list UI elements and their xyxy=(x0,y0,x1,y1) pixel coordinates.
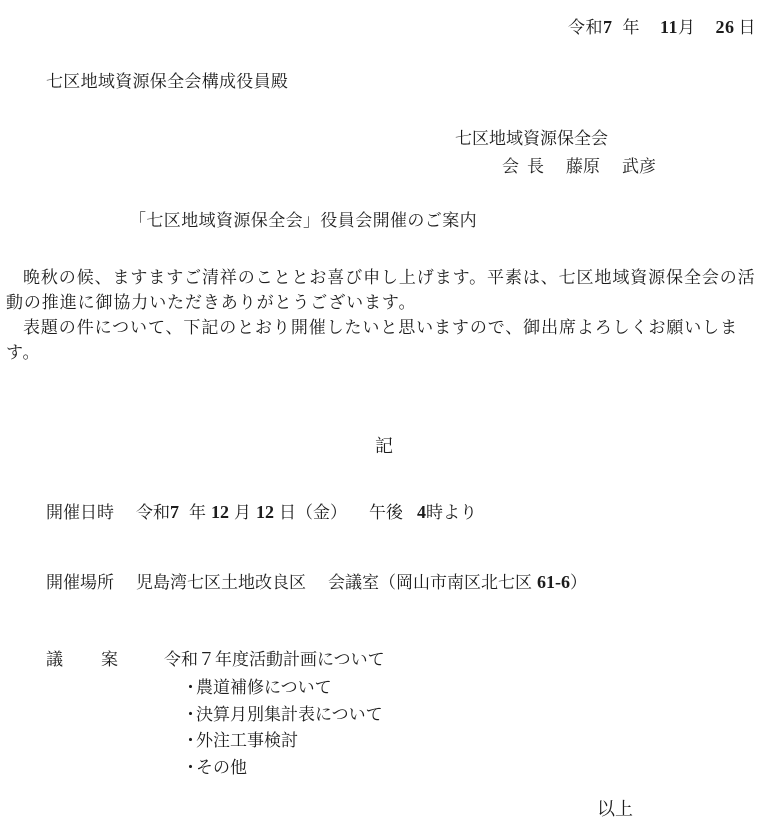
datetime-weekday: （金） xyxy=(296,503,347,523)
detail-agenda: 議案令和７年度活動計画について xyxy=(46,652,385,669)
document-date: 令和7年11月26日 xyxy=(568,18,756,37)
bullet-icon: ・ xyxy=(182,760,196,777)
date-year-unit: 年 xyxy=(622,18,640,38)
agenda-item: ・外注工事検討 xyxy=(182,733,383,760)
datetime-year: 7 xyxy=(170,502,179,522)
bullet-icon: ・ xyxy=(182,680,196,697)
datetime-label: 開催日時 xyxy=(46,505,136,522)
date-era: 令和 xyxy=(568,18,603,38)
datetime-day: 12 xyxy=(256,502,274,522)
datetime-hour-suffix: 時より xyxy=(426,503,477,523)
place-room: 会議室 xyxy=(328,573,379,593)
sender-title-char1: 会 xyxy=(502,157,519,177)
recipient: 七区地域資源保全会構成役員殿 xyxy=(46,74,288,91)
date-year: 7 xyxy=(603,17,613,37)
datetime-day-unit: 日 xyxy=(279,503,296,523)
agenda-label-char1: 議 xyxy=(46,650,63,670)
closing-mark: 以上 xyxy=(597,801,633,819)
subject-title: 「七区地域資源保全会」役員会開催のご案内 xyxy=(129,213,477,230)
place-address-number: 61-6 xyxy=(537,572,570,592)
sender-surname: 藤原 xyxy=(566,157,600,177)
date-month-unit: 月 xyxy=(678,18,696,38)
place-label: 開催場所 xyxy=(46,575,136,592)
datetime-era: 令和 xyxy=(136,503,170,523)
sender-signature: 会長藤原武彦 xyxy=(502,159,656,176)
date-month: 11 xyxy=(660,17,678,37)
agenda-heading: 令和７年度活動計画について xyxy=(164,650,385,670)
place-address-close: ） xyxy=(570,573,587,593)
agenda-item-list: ・農道補修について ・決算月別集計表について ・外注工事検討 ・その他 xyxy=(182,680,383,786)
datetime-year-unit: 年 xyxy=(189,503,206,523)
place-address-open: （岡山市南区北七区 xyxy=(379,573,532,593)
agenda-item: ・決算月別集計表について xyxy=(182,707,383,734)
detail-place: 開催場所児島湾七区土地改良区会議室（岡山市南区北七区61-6） xyxy=(46,573,587,592)
sender-given-name: 武彦 xyxy=(622,157,656,177)
agenda-item: ・農道補修について xyxy=(182,680,383,707)
bullet-icon: ・ xyxy=(182,707,196,724)
place-venue: 児島湾七区土地改良区 xyxy=(136,573,306,593)
date-day: 26 xyxy=(716,17,735,37)
sender-title-char2: 長 xyxy=(527,157,544,177)
ki-heading: 記 xyxy=(375,438,393,456)
agenda-label-char2: 案 xyxy=(101,650,118,670)
body-paragraph-1: 晩秋の候、ますますご清祥のこととお喜び申し上げます。平素は、七区地域資源保全会の… xyxy=(6,266,756,315)
agenda-label: 議案 xyxy=(46,652,164,669)
date-day-unit: 日 xyxy=(739,18,757,38)
bullet-icon: ・ xyxy=(182,733,196,750)
datetime-period: 午後 xyxy=(369,503,403,523)
body-paragraph-2: 表題の件について、下記のとおり開催したいと思いますので、御出席よろしくお願いしま… xyxy=(6,316,756,365)
detail-datetime: 開催日時令和7年12月12日（金）午後4時より xyxy=(46,503,477,522)
datetime-month-unit: 月 xyxy=(234,503,251,523)
sender-organization: 七区地域資源保全会 xyxy=(455,131,608,148)
datetime-month: 12 xyxy=(211,502,229,522)
datetime-hour: 4 xyxy=(417,502,426,522)
agenda-item: ・その他 xyxy=(182,760,383,787)
